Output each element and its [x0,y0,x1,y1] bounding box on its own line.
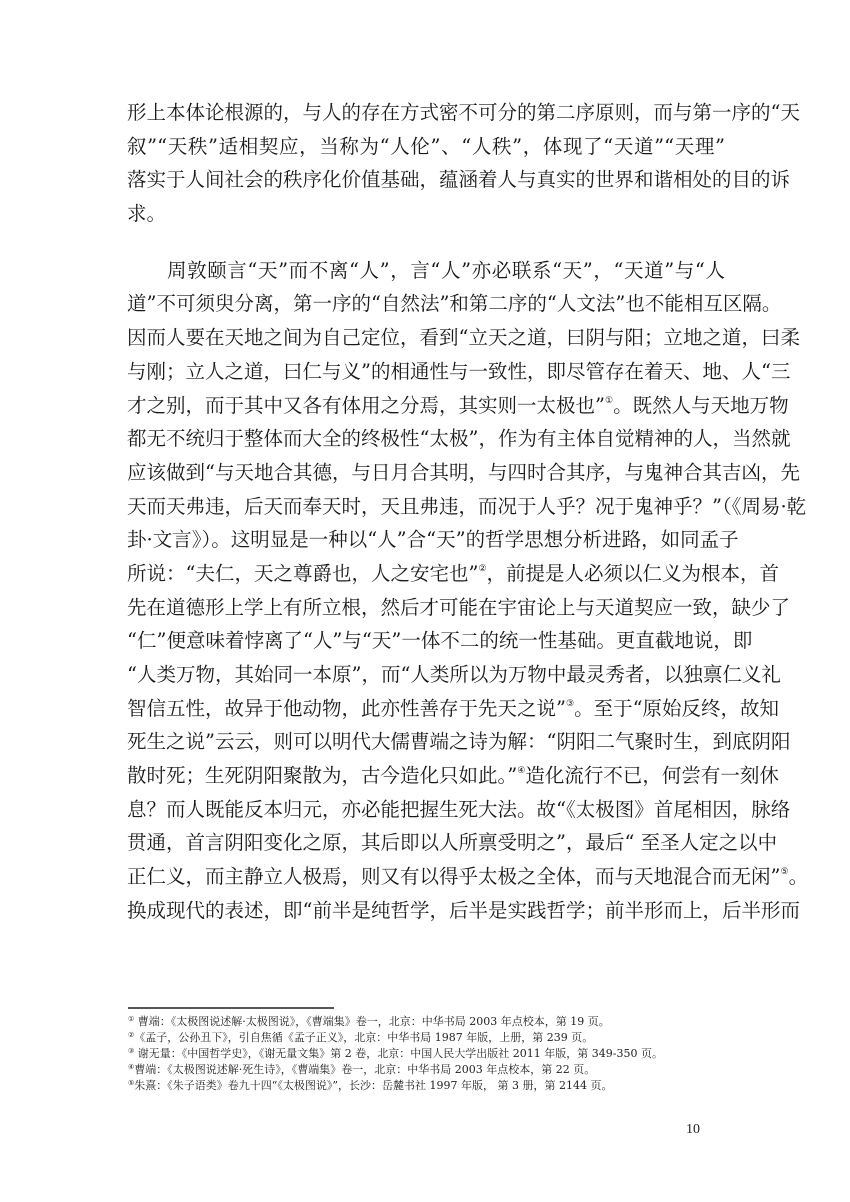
text-line: 落实于人间社会的秩序化价值基础，蕴涵着人与真实的世界和谐相处的目的诉 [127,163,725,197]
paragraph-2: 周敦颐言“天”而不离“人”，言“人”亦必联系“天”，“天道”与“人 道”不可须臾… [127,254,727,928]
text-segment: 智信五性，故异于他动物，此亦性善存于先天之说” [127,697,566,720]
footnote-3: ③ 谢无量：《中国哲学史》，《谢无量文集》第 2 卷，北京：中国人民大学出版社 … [128,1046,748,1062]
text-segment: 正仁义，而主静立人极焉，则又有以得乎太极之全体，而与天地混合而无闲” [127,865,780,888]
footnote-2: ②《孟子，公孙丑下》，引自焦循《孟子正义》，北京：中华书局 1987 年版，上册… [128,1030,748,1046]
text-line: 散时死；生死阴阳聚散为，古今造化只如此。”④造化流行不已，何尝有一刻休 [127,759,725,793]
text-line: 死生之说”云云，则可以明代大儒曹端之诗为解：“阴阳二气聚时生，到底阴阳 [127,725,725,759]
footnote-ref-3[interactable]: ③ [566,699,574,709]
text-line: 才之别，而于其中又各有体用之分焉，其实则一太极也”①。既然人与天地万物 [127,389,725,423]
footnote-5: ⑤朱熹：《朱子语类》卷九十四“《太极图说》”，长沙：岳麓书社 1997 年版， … [128,1078,748,1094]
footnote-ref-2[interactable]: ② [478,564,486,574]
text-segment: 。 [789,865,809,888]
text-line: “仁”便意味着悖离了“人”与“天”一体不二的统一性基础。更直截地说，即 [127,624,725,658]
document-page: 形上本体论根源的，与人的存在方式密不可分的第二序原则，而与第一序的“天 叙”“天… [0,0,850,1202]
text-line: 道”不可须臾分离，第一序的“自然法”和第二序的“人文法”也不能相互区隔。 [127,287,725,321]
footnote-4: ④曹端：《太极图说述解·死生诗》，《曹端集》卷一，北京：中华书局 2003 年点… [128,1062,748,1078]
text-segment: ，前提是人必须以仁义为根本，首 [487,562,780,585]
body-text: 形上本体论根源的，与人的存在方式密不可分的第二序原则，而与第一序的“天 叙”“天… [127,96,727,928]
text-line: 正仁义，而主静立人极焉，则又有以得乎太极之全体，而与天地混合而无闲”⑤。 [127,860,725,894]
text-line: 天而天弗违，后天而奉天时，天且弗违，而况于人乎？况于鬼神乎？”（《周易·乾 [127,490,725,524]
text-segment: 所说：“夫仁，天之尊爵也，人之安宅也” [127,562,478,585]
footnote-text: 《孟子，公孙丑下》，引自焦循《孟子正义》，北京：中华书局 1987 年版，上册，… [134,1031,593,1044]
text-segment: 造化流行不已，何尝有一刻休 [525,764,779,787]
footnote-text: 曹端：《太极图说述解·太极图说》，《曹端集》卷一，北京：中华书局 2003 年点… [134,1015,609,1028]
page-number: 10 [686,1122,700,1138]
footnote-divider [128,1007,334,1009]
text-line: 与刚；立人之道，曰仁与义”的相通性与一致性，即尽管存在着天、地、人“三 [127,355,725,389]
text-segment: 。至于“原始反终，故知 [574,697,779,720]
text-line: 息？而人既能反本归元，亦必能把握生死大法。故“《太极图》首尾相因，脉络 [127,793,725,827]
text-segment: 散时死；生死阴阳聚散为，古今造化只如此。” [127,764,517,787]
paragraph-gap [127,231,727,254]
text-segment: 才之别，而于其中又各有体用之分焉，其实则一太极也” [127,394,605,417]
text-line: 求。 [127,197,725,231]
text-segment: 。既然人与天地万物 [613,394,789,417]
text-line: 应该做到“与天地合其德，与日月合其明，与四时合其序，与鬼神合其吉凶，先 [127,456,725,490]
text-line: 都无不统归于整体而大全的终极性“太极”，作为有主体自觉精神的人，当然就 [127,422,725,456]
text-line: 卦·文言》）。这明显是一种以“人”合“天”的哲学思想分析进路，如同孟子 [127,523,725,557]
footnote-text: 曹端：《太极图说述解·死生诗》，《曹端集》卷一，北京：中华书局 2003 年点校… [134,1063,595,1076]
text-line: 换成现代的表述，即“前半是纯哲学，后半是实践哲学；前半形而上，后半形而 [127,894,725,928]
footnotes: ① 曹端：《太极图说述解·太极图说》，《曹端集》卷一，北京：中华书局 2003 … [128,1014,748,1094]
text-line: 所说：“夫仁，天之尊爵也，人之安宅也”②，前提是人必须以仁义为根本，首 [127,557,725,591]
text-line: 因而人要在天地之间为自己定位，看到“立天之道，曰阴与阳；立地之道，曰柔 [127,321,725,355]
footnote-ref-1[interactable]: ① [605,396,613,406]
text-line: “人类万物，其始同一本原”，而“人类所以为万物中最灵秀者，以独禀仁义礼 [127,658,725,692]
text-line: 叙”“天秩”适相契应，当称为“人伦”、“人秩”，体现了“天道”“天理” [127,130,725,164]
footnote-ref-5[interactable]: ⑤ [780,867,788,877]
text-line: 先在道德形上学上有所立根，然后才可能在宇宙论上与天道契应一致，缺少了 [127,591,725,625]
footnote-1: ① 曹端：《太极图说述解·太极图说》，《曹端集》卷一，北京：中华书局 2003 … [128,1014,748,1030]
footnote-text: 谢无量：《中国哲学史》，《谢无量文集》第 2 卷，北京：中国人民大学出版社 20… [134,1047,663,1060]
text-line: 形上本体论根源的，与人的存在方式密不可分的第二序原则，而与第一序的“天 [127,96,725,130]
paragraph-1: 形上本体论根源的，与人的存在方式密不可分的第二序原则，而与第一序的“天 叙”“天… [127,96,727,231]
footnote-text: 朱熹：《朱子语类》卷九十四“《太极图说》”，长沙：岳麓书社 1997 年版， 第… [134,1079,612,1092]
text-line: 贯通，首言阴阳变化之原，其后即以人所禀受明之”，最后“ 至圣人定之以中 [127,826,725,860]
text-line: 周敦颐言“天”而不离“人”，言“人”亦必联系“天”，“天道”与“人 [127,254,725,288]
text-line: 智信五性，故异于他动物，此亦性善存于先天之说”③。至于“原始反终，故知 [127,692,725,726]
